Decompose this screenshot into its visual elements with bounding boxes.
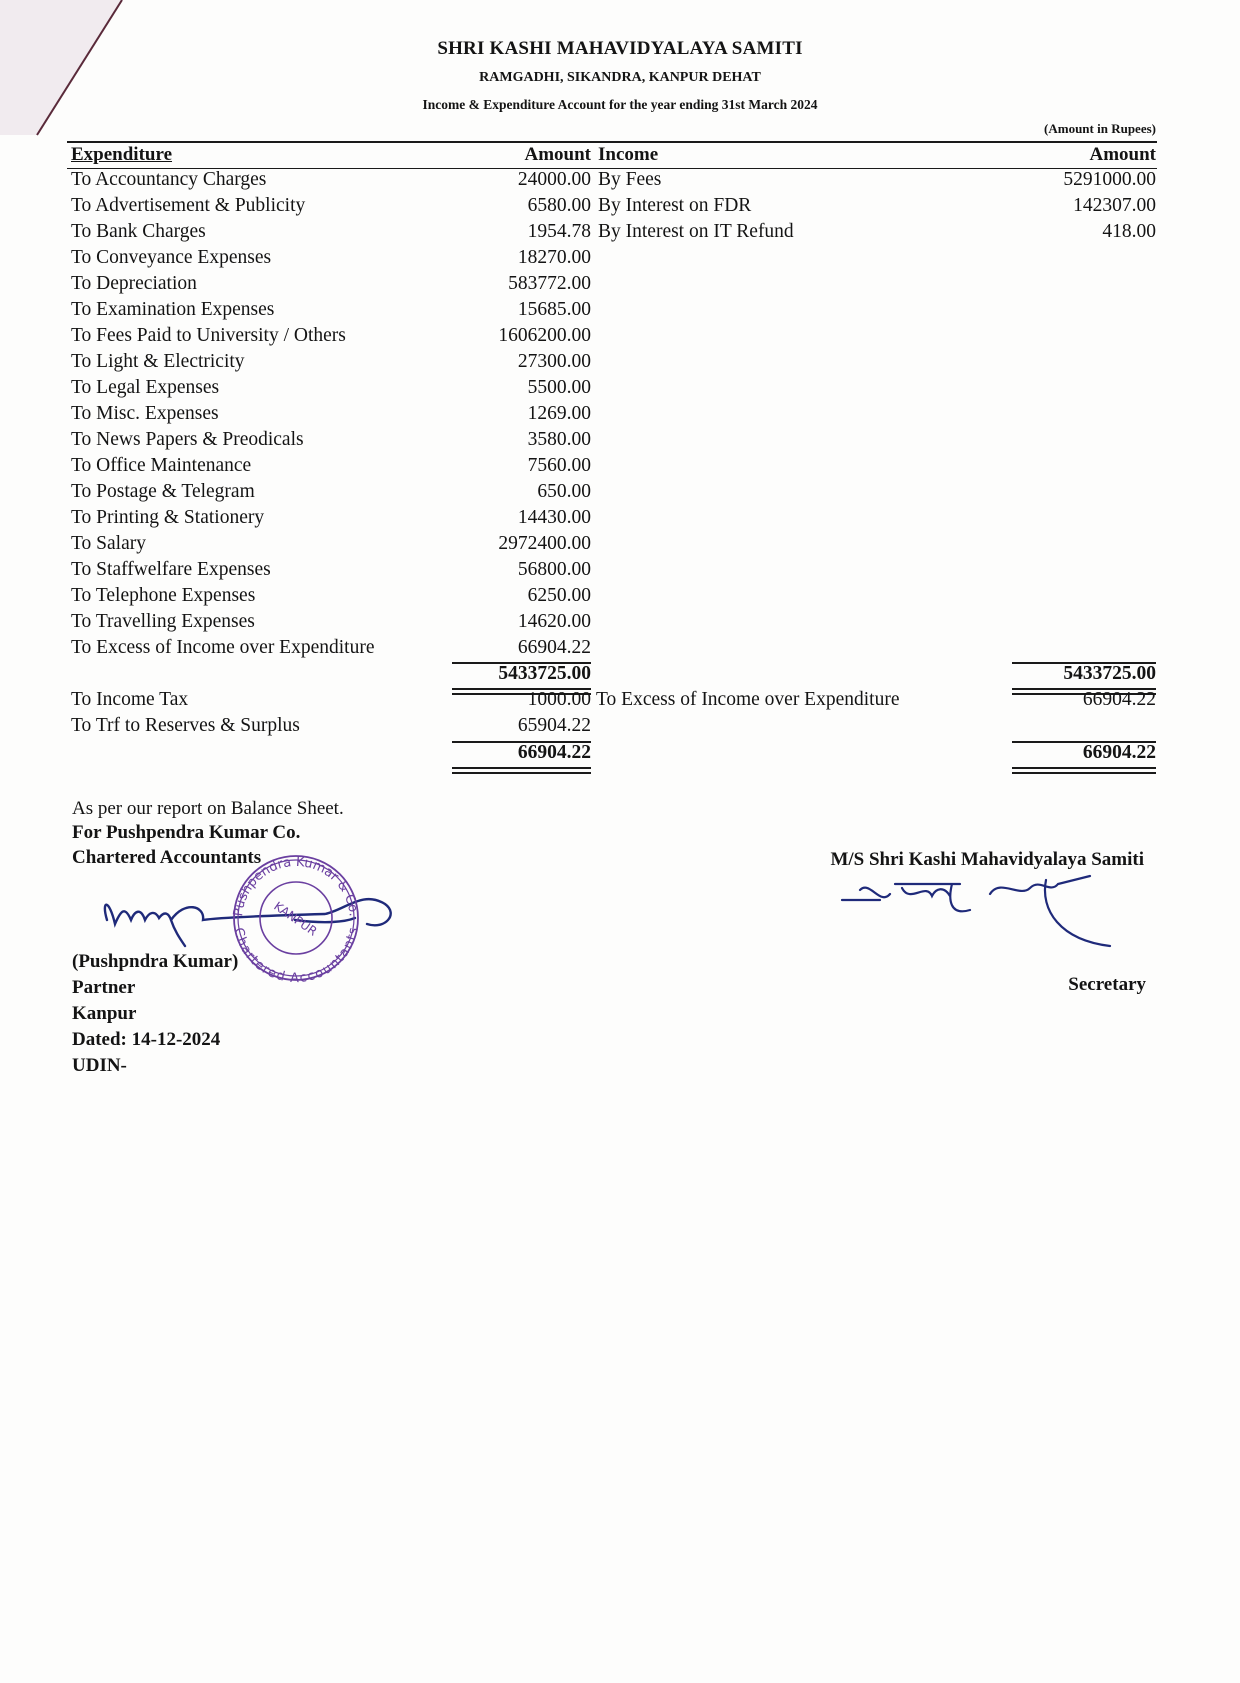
expenditure-amount: 15685.00: [518, 299, 591, 321]
income-label: By Interest on IT Refund: [598, 221, 794, 243]
exp-total-1: 5433725.00: [498, 663, 591, 685]
table-row: To Misc. Expenses1269.00: [0, 403, 1240, 429]
expenditure-amount: 5500.00: [528, 377, 591, 399]
table-row: To Conveyance Expenses18270.00: [0, 247, 1240, 273]
expenditure-label: To Excess of Income over Expenditure: [71, 637, 375, 659]
firm-name: For Pushpendra Kumar Co.: [72, 822, 300, 844]
expenditure-label: To Conveyance Expenses: [71, 247, 271, 269]
dated: Dated: 14-12-2024: [72, 1029, 220, 1051]
table-row: To Salary2972400.00: [0, 533, 1240, 559]
expenditure-amount: 6250.00: [528, 585, 591, 607]
table-row: To Travelling Expenses14620.00: [0, 611, 1240, 637]
statement-title: Income & Expenditure Account for the yea…: [0, 97, 1240, 113]
exp-total-2-double-rule: [452, 767, 591, 774]
table-row: To Staffwelfare Expenses56800.00: [0, 559, 1240, 585]
table-row: To Bank Charges1954.78By Interest on IT …: [0, 221, 1240, 247]
expenditure-amount: 66904.22: [518, 637, 591, 659]
expenditure-amount: 583772.00: [508, 273, 591, 295]
secretary-designation: Secretary: [1068, 974, 1146, 996]
income-amount: 5291000.00: [1063, 169, 1156, 191]
table-row: To Fees Paid to University / Others16062…: [0, 325, 1240, 351]
expenditure-label: To News Papers & Preodicals: [71, 429, 304, 451]
table-row: To Postage & Telegram650.00: [0, 481, 1240, 507]
table-row: To Examination Expenses15685.00: [0, 299, 1240, 325]
expenditure-label: To Office Maintenance: [71, 455, 251, 477]
org-name: SHRI KASHI MAHAVIDYALAYA SAMITI: [0, 38, 1240, 60]
inc-total-1: 5433725.00: [1063, 663, 1156, 685]
expenditure-label: To Printing & Stationery: [71, 507, 264, 529]
stamp-center-text: KANPUR: [271, 899, 319, 939]
expenditure-amount: 18270.00: [518, 247, 591, 269]
expenditure-amount: 1269.00: [528, 403, 591, 425]
stamp-top-text: Pushpendra Kumar & Co.: [231, 855, 361, 917]
expenditure-label: To Postage & Telegram: [71, 481, 255, 503]
expenditure-label: To Misc. Expenses: [71, 403, 219, 425]
org-signature-label: M/S Shri Kashi Mahavidyalaya Samiti: [830, 849, 1144, 871]
expenditure-amount: 14430.00: [518, 507, 591, 529]
total-row-2: 66904.22 66904.22: [0, 742, 1240, 768]
expenditure-amount: 650.00: [537, 481, 591, 503]
table-row: To Income Tax 1000.00 To Excess of Incom…: [0, 689, 1240, 715]
stamp-bottom-text: Chartered Accountants: [231, 926, 362, 986]
expenditure-label: To Salary: [71, 533, 146, 555]
expenditure-amount: 6580.00: [528, 195, 591, 217]
expenditure-label: To Examination Expenses: [71, 299, 274, 321]
table-row: To Excess of Income over Expenditure6690…: [0, 637, 1240, 663]
table-row: To Trf to Reserves & Surplus 65904.22: [0, 715, 1240, 741]
total-row-1: 5433725.00 5433725.00: [0, 663, 1240, 689]
expenditure-amount: 27300.00: [518, 351, 591, 373]
place: Kanpur: [72, 1003, 136, 1025]
table-row: To Light & Electricity27300.00: [0, 351, 1240, 377]
expenditure-label: To Legal Expenses: [71, 377, 219, 399]
table-top-rule: [67, 141, 1157, 143]
table-row: To Office Maintenance7560.00: [0, 455, 1240, 481]
table-row: To Telephone Expenses6250.00: [0, 585, 1240, 611]
col-header-inc-amount: Amount: [1089, 144, 1156, 166]
expenditure-amount: 1606200.00: [498, 325, 591, 347]
expenditure-label: To Fees Paid to University / Others: [71, 325, 346, 347]
expenditure-amount: 2972400.00: [498, 533, 591, 555]
expenditure-amount: 14620.00: [518, 611, 591, 633]
col-header-income: Income: [598, 144, 658, 166]
income-amount: 418.00: [1102, 221, 1156, 243]
expenditure-amount: 56800.00: [518, 559, 591, 581]
signatory-designation: Partner: [72, 977, 135, 999]
expenditure-label: To Advertisement & Publicity: [71, 195, 305, 217]
udin: UDIN-: [72, 1055, 127, 1077]
income-label: By Fees: [598, 169, 661, 191]
expenditure-label: To Depreciation: [71, 273, 197, 295]
table-row: To Advertisement & Publicity6580.00By In…: [0, 195, 1240, 221]
table-row: To Accountancy Charges24000.00By Fees529…: [0, 169, 1240, 195]
expenditure-amount: 3580.00: [528, 429, 591, 451]
signatory-name: (Pushpndra Kumar): [72, 951, 238, 973]
expenditure-amount: 1954.78: [528, 221, 591, 243]
svg-text:Pushpendra Kumar & Co.: Pushpendra Kumar & Co.: [231, 855, 361, 917]
table-row: To Printing & Stationery14430.00: [0, 507, 1240, 533]
secretary-signature: [840, 870, 1120, 950]
income-label: By Interest on FDR: [598, 195, 751, 217]
table-row: To Depreciation583772.00: [0, 273, 1240, 299]
expenditure-label: To Light & Electricity: [71, 351, 245, 373]
expenditure-amount: 7560.00: [528, 455, 591, 477]
expenditure-label: To Accountancy Charges: [71, 169, 266, 191]
inc-total-2: 66904.22: [1083, 742, 1156, 764]
expenditure-label: To Staffwelfare Expenses: [71, 559, 271, 581]
org-address: RAMGADHI, SIKANDRA, KANPUR DEHAT: [0, 70, 1240, 86]
table-row: To News Papers & Preodicals3580.00: [0, 429, 1240, 455]
unit-note: (Amount in Rupees): [1044, 121, 1156, 137]
inc-total-2-double-rule: [1012, 767, 1156, 774]
col-header-exp-amount: Amount: [524, 144, 591, 166]
firm-seal-stamp: Pushpendra Kumar & Co. Chartered Account…: [220, 848, 370, 988]
exp-total-2: 66904.22: [518, 742, 591, 764]
svg-text:Chartered Accountants: Chartered Accountants: [231, 926, 362, 986]
expenditure-label: To Bank Charges: [71, 221, 206, 243]
expenditure-amount: 24000.00: [518, 169, 591, 191]
expenditure-label: To Travelling Expenses: [71, 611, 255, 633]
expenditure-label: To Telephone Expenses: [71, 585, 255, 607]
income-amount: 142307.00: [1073, 195, 1156, 217]
col-header-expenditure: Expenditure: [71, 144, 172, 166]
table-row: To Legal Expenses5500.00: [0, 377, 1240, 403]
report-note: As per our report on Balance Sheet.: [72, 798, 344, 820]
